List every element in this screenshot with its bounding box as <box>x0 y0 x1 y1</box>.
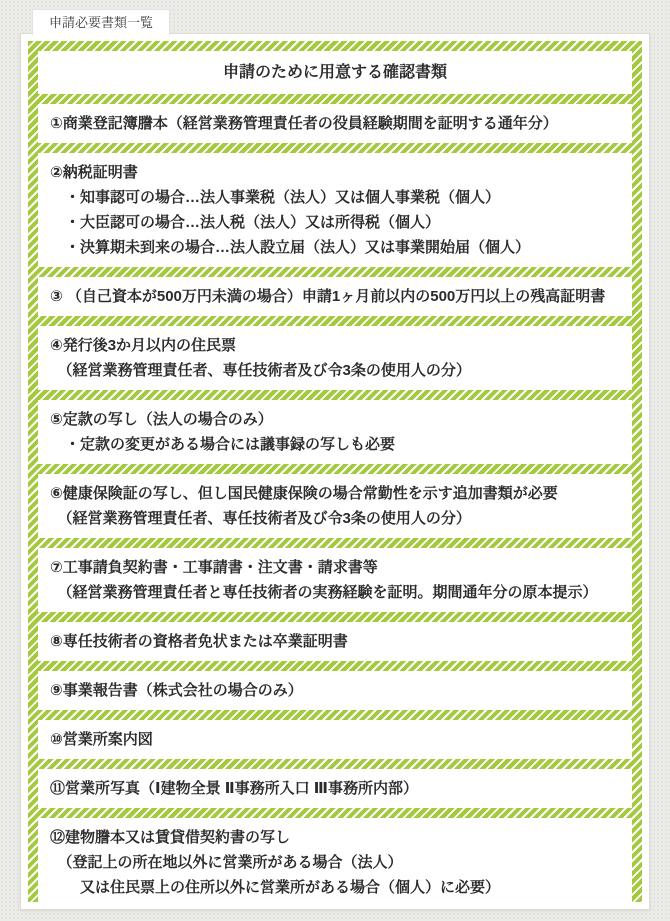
item-line: ⑨事業報告書（株式会社の場合のみ） <box>50 678 620 703</box>
item-line: （経営業務管理責任者、専任技術者及び令3条の使用人の分） <box>50 506 620 531</box>
header-box: 申請のために用意する確認書類 <box>38 51 632 94</box>
item-line: ・定款の変更がある場合には議事録の写しも必要 <box>50 432 620 457</box>
content-panel: 申請のために用意する確認書類 ①商業登記簿謄本（経営業務管理責任者の役員経験期間… <box>20 33 650 910</box>
item-line: ⑧専任技術者の資格者免状または卒業証明書 <box>50 629 620 654</box>
document-item-9: ⑨事業報告書（株式会社の場合のみ） <box>38 671 632 710</box>
hatched-frame: 申請のために用意する確認書類 ①商業登記簿謄本（経営業務管理責任者の役員経験期間… <box>28 41 642 902</box>
document-item-12: ⑫建物謄本又は賃貸借契約書の写し （登記上の所在地以外に営業所がある場合（法人）… <box>38 818 632 907</box>
document-item-5: ⑤定款の写し（法人の場合のみ） ・定款の変更がある場合には議事録の写しも必要 <box>38 400 632 464</box>
item-line: ⑪営業所写真（Ⅰ建物全景 Ⅱ事務所入口 Ⅲ事務所内部） <box>50 776 620 801</box>
tab-label: 申請必要書類一覧 <box>32 9 170 35</box>
item-line: （経営業務管理責任者と専任技術者の実務経験を証明。期間通年分の原本提示） <box>50 580 620 605</box>
page-background: { "tab": { "label": "申請必要書類一覧" }, "main"… <box>0 0 670 921</box>
document-item-2: ②納税証明書 ・知事認可の場合…法人事業税（法人）又は個人事業税（個人） ・大臣… <box>38 153 632 267</box>
item-line: ⑩営業所案内図 <box>50 727 620 752</box>
document-item-10: ⑩営業所案内図 <box>38 720 632 759</box>
item-line: ・知事認可の場合…法人事業税（法人）又は個人事業税（個人） <box>50 185 620 210</box>
document-item-11: ⑪営業所写真（Ⅰ建物全景 Ⅱ事務所入口 Ⅲ事務所内部） <box>38 769 632 808</box>
document-item-4: ④発行後3か月以内の住民票 （経営業務管理責任者、専任技術者及び令3条の使用人の… <box>38 326 632 390</box>
item-line: ①商業登記簿謄本（経営業務管理責任者の役員経験期間を証明する通年分） <box>50 111 620 136</box>
item-line: 又は住民票上の住所以外に営業所がある場合（個人）に必要） <box>50 875 620 900</box>
item-line: ⑦工事請負契約書・工事請書・注文書・請求書等 <box>50 555 620 580</box>
item-line: ⑤定款の写し（法人の場合のみ） <box>50 407 620 432</box>
item-line: ③ （自己資本が500万円未満の場合）申請1ヶ月前以内の500万円以上の残高証明… <box>50 284 620 309</box>
document-item-8: ⑧専任技術者の資格者免状または卒業証明書 <box>38 622 632 661</box>
item-line: ⑥健康保険証の写し、但し国民健康保険の場合常勤性を示す追加書類が必要 <box>50 481 620 506</box>
item-line: ・大臣認可の場合…法人税（法人）又は所得税（個人） <box>50 210 620 235</box>
item-line: ⑫建物謄本又は賃貸借契約書の写し <box>50 825 620 850</box>
header-title: 申請のために用意する確認書類 <box>50 60 620 85</box>
item-line: （登記上の所在地以外に営業所がある場合（法人） <box>50 850 620 875</box>
item-line: ②納税証明書 <box>50 160 620 185</box>
document-item-3: ③ （自己資本が500万円未満の場合）申請1ヶ月前以内の500万円以上の残高証明… <box>38 277 632 316</box>
document-item-6: ⑥健康保険証の写し、但し国民健康保険の場合常勤性を示す追加書類が必要 （経営業務… <box>38 474 632 538</box>
item-line: ④発行後3か月以内の住民票 <box>50 333 620 358</box>
document-item-1: ①商業登記簿謄本（経営業務管理責任者の役員経験期間を証明する通年分） <box>38 104 632 143</box>
document-item-7: ⑦工事請負契約書・工事請書・注文書・請求書等 （経営業務管理責任者と専任技術者の… <box>38 548 632 612</box>
item-line: （経営業務管理責任者、専任技術者及び令3条の使用人の分） <box>50 358 620 383</box>
item-line: ・決算期未到来の場合…法人設立届（法人）又は事業開始届（個人） <box>50 235 620 260</box>
